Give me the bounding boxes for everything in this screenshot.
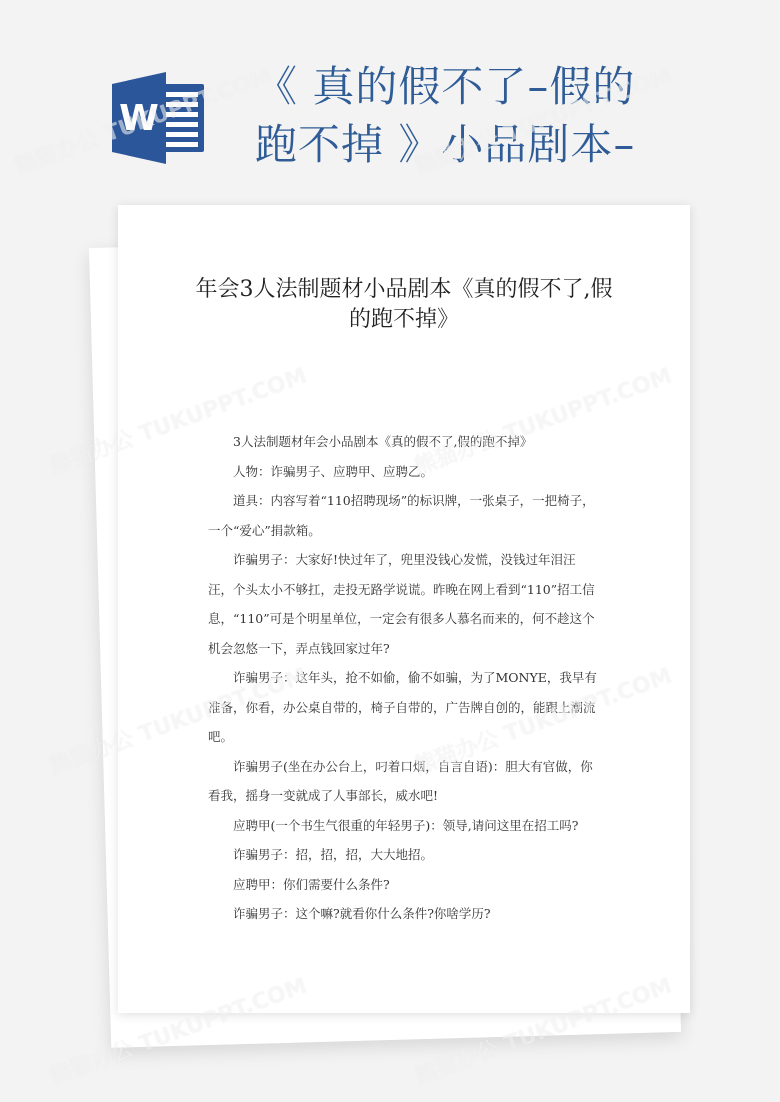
- preview-header: W 《 真的假不了–假的跑不掉 》小品剧本–: [0, 0, 780, 200]
- paragraph: 应聘甲(一个书生气很重的年轻男子)：领导,请问这里在招工吗?: [208, 811, 598, 841]
- paragraph: 诈骗男子：大家好!快过年了，兜里没钱心发慌，没钱过年泪汪汪，个头太小不够扛，走投…: [208, 545, 598, 663]
- paragraph: 诈骗男子：这年头，抢不如偷，偷不如骗，为了MONYE，我早有准备，你看，办公桌自…: [208, 663, 598, 752]
- paragraph: 道具：内容写着“110招聘现场”的标识牌，一张桌子，一把椅子，一个“爱心”捐款箱…: [208, 486, 598, 545]
- word-document-icon: W: [108, 70, 208, 166]
- page-body: 3人法制题材年会小品剧本《真的假不了,假的跑不掉》 人物：诈骗男子、应聘甲、应聘…: [208, 427, 598, 929]
- paragraph: 3人法制题材年会小品剧本《真的假不了,假的跑不掉》: [208, 427, 598, 457]
- paragraph: 应聘甲：你们需要什么条件?: [208, 870, 598, 900]
- paragraph: 人物：诈骗男子、应聘甲、应聘乙。: [208, 457, 598, 487]
- paragraph: 诈骗男子：这个嘛?就看你什么条件?你啥学历?: [208, 899, 598, 929]
- document-page: 年会3人法制题材小品剧本《真的假不了,假的跑不掉》 3人法制题材年会小品剧本《真…: [118, 205, 690, 1013]
- paragraph: 诈骗男子：招，招，招，大大地招。: [208, 840, 598, 870]
- page-title: 年会3人法制题材小品剧本《真的假不了,假的跑不掉》: [188, 275, 620, 335]
- svg-text:W: W: [119, 98, 159, 139]
- document-heading: 《 真的假不了–假的跑不掉 》小品剧本–: [255, 58, 675, 174]
- paragraph: 诈骗男子(坐在办公台上，叼着口烟，自言自语)：胆大有官做，你看我，摇身一变就成了…: [208, 752, 598, 811]
